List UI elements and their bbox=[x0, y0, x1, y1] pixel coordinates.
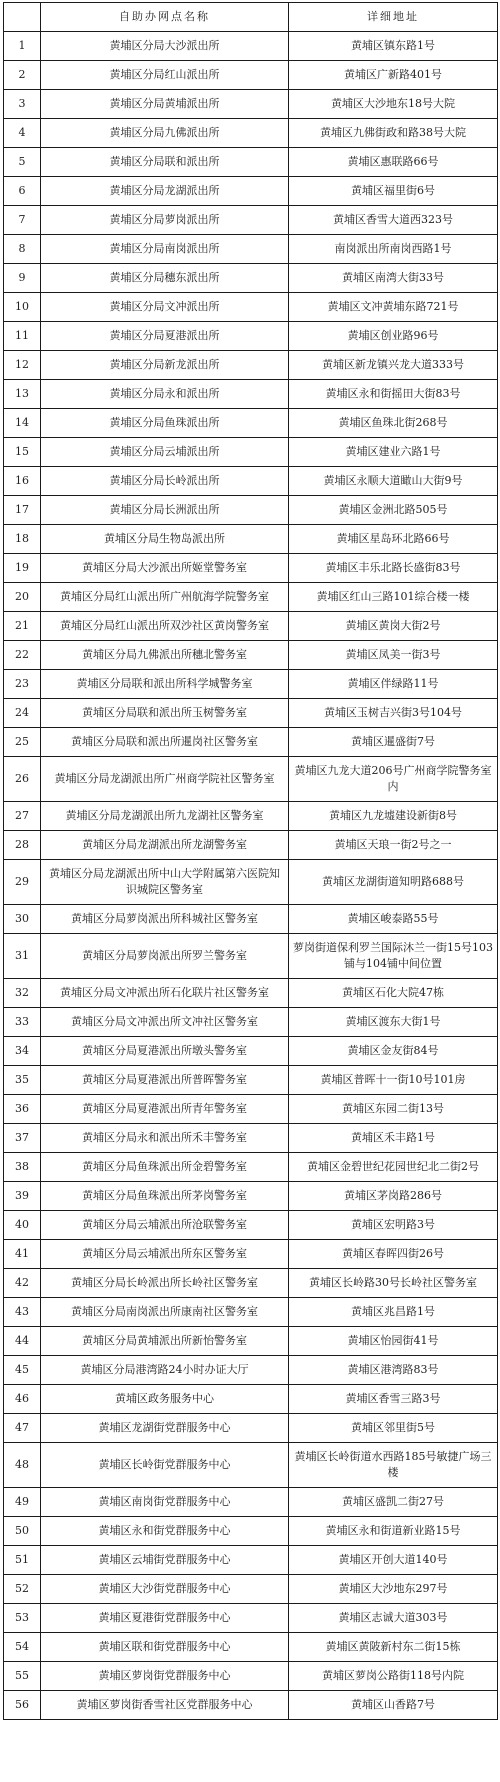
table-row: 48黄埔区长岭街党群服务中心黄埔区长岭街道水西路185号敏捷广场三楼 bbox=[4, 1443, 498, 1488]
row-number-cell: 13 bbox=[4, 380, 41, 409]
table-row: 40黄埔区分局云埔派出所沧联警务室黄埔区宏明路3号 bbox=[4, 1211, 498, 1240]
table-row: 54黄埔区联和街党群服务中心黄埔区黄陂新村东二街15栋 bbox=[4, 1633, 498, 1662]
row-number-cell: 37 bbox=[4, 1124, 41, 1153]
table-row: 9黄埔区分局穗东派出所黄埔区南湾大街33号 bbox=[4, 264, 498, 293]
row-number-cell: 44 bbox=[4, 1327, 41, 1356]
table-row: 46黄埔区政务服务中心黄埔区香雪三路3号 bbox=[4, 1385, 498, 1414]
row-number-cell: 22 bbox=[4, 641, 41, 670]
site-name-cell: 黄埔区萝岗街香雪社区党群服务中心 bbox=[41, 1691, 289, 1720]
row-number-cell: 43 bbox=[4, 1298, 41, 1327]
row-number-cell: 32 bbox=[4, 979, 41, 1008]
row-number-cell: 53 bbox=[4, 1604, 41, 1633]
address-cell: 南岗派出所南岗西路1号 bbox=[289, 235, 498, 264]
row-number-cell: 40 bbox=[4, 1211, 41, 1240]
table-row: 17黄埔区分局长洲派出所黄埔区金洲北路505号 bbox=[4, 496, 498, 525]
row-number-cell: 33 bbox=[4, 1008, 41, 1037]
address-cell: 黄埔区渡东大街1号 bbox=[289, 1008, 498, 1037]
row-number-cell: 1 bbox=[4, 32, 41, 61]
table-row: 16黄埔区分局长岭派出所黄埔区永顺大道瞰山大街9号 bbox=[4, 467, 498, 496]
row-number-cell: 8 bbox=[4, 235, 41, 264]
address-cell: 黄埔区大沙地东18号大院 bbox=[289, 90, 498, 119]
table-row: 22黄埔区分局九佛派出所穗北警务室黄埔区凤美一街3号 bbox=[4, 641, 498, 670]
site-name-cell: 黄埔区分局萝岗派出所罗兰警务室 bbox=[41, 934, 289, 979]
site-name-cell: 黄埔区分局大沙派出所姬堂警务室 bbox=[41, 554, 289, 583]
site-name-cell: 黄埔区分局云埔派出所沧联警务室 bbox=[41, 1211, 289, 1240]
site-name-cell: 黄埔区分局黄埔派出所新怡警务室 bbox=[41, 1327, 289, 1356]
table-row: 19黄埔区分局大沙派出所姬堂警务室黄埔区丰乐北路长盛街83号 bbox=[4, 554, 498, 583]
site-name-cell: 黄埔区分局黄埔派出所 bbox=[41, 90, 289, 119]
address-cell: 黄埔区山香路7号 bbox=[289, 1691, 498, 1720]
table-row: 47黄埔区龙湖街党群服务中心黄埔区邻里街5号 bbox=[4, 1414, 498, 1443]
table-row: 51黄埔区云埔街党群服务中心黄埔区开创大道140号 bbox=[4, 1546, 498, 1575]
table-row: 27黄埔区分局龙湖派出所九龙湖社区警务室黄埔区九龙墟建设新街8号 bbox=[4, 802, 498, 831]
address-cell: 萝岗街道保利罗兰国际沐兰一街15号103铺与104铺中间位置 bbox=[289, 934, 498, 979]
address-cell: 黄埔区永和街摇田大街83号 bbox=[289, 380, 498, 409]
table-row: 36黄埔区分局夏港派出所青年警务室黄埔区东园二街13号 bbox=[4, 1095, 498, 1124]
row-number-cell: 6 bbox=[4, 177, 41, 206]
site-name-cell: 黄埔区分局夏港派出所青年警务室 bbox=[41, 1095, 289, 1124]
site-name-cell: 黄埔区分局云埔派出所东区警务室 bbox=[41, 1240, 289, 1269]
table-row: 50黄埔区永和街党群服务中心黄埔区永和街道新业路15号 bbox=[4, 1517, 498, 1546]
address-cell: 黄埔区香雪大道西323号 bbox=[289, 206, 498, 235]
row-number-cell: 28 bbox=[4, 831, 41, 860]
table-row: 32黄埔区分局文冲派出所石化联片社区警务室黄埔区石化大院47栋 bbox=[4, 979, 498, 1008]
row-number-cell: 26 bbox=[4, 757, 41, 802]
address-cell: 黄埔区凤美一街3号 bbox=[289, 641, 498, 670]
row-number-cell: 25 bbox=[4, 728, 41, 757]
row-number-cell: 35 bbox=[4, 1066, 41, 1095]
address-cell: 黄埔区丰乐北路长盛街83号 bbox=[289, 554, 498, 583]
address-cell: 黄埔区九佛街政和路38号大院 bbox=[289, 119, 498, 148]
row-number-cell: 7 bbox=[4, 206, 41, 235]
site-name-cell: 黄埔区政务服务中心 bbox=[41, 1385, 289, 1414]
table-row: 29黄埔区分局龙湖派出所中山大学附属第六医院知识城院区警务室黄埔区龙湖街道知明路… bbox=[4, 860, 498, 905]
table-row: 4黄埔区分局九佛派出所黄埔区九佛街政和路38号大院 bbox=[4, 119, 498, 148]
address-cell: 黄埔区伴绿路11号 bbox=[289, 670, 498, 699]
address-cell: 黄埔区开创大道140号 bbox=[289, 1546, 498, 1575]
table-row: 45黄埔区分局港湾路24小时办证大厅黄埔区港湾路83号 bbox=[4, 1356, 498, 1385]
table-row: 14黄埔区分局鱼珠派出所黄埔区鱼珠北街268号 bbox=[4, 409, 498, 438]
address-cell: 黄埔区石化大院47栋 bbox=[289, 979, 498, 1008]
site-name-cell: 黄埔区分局新龙派出所 bbox=[41, 351, 289, 380]
row-number-cell: 54 bbox=[4, 1633, 41, 1662]
address-cell: 黄埔区建业六路1号 bbox=[289, 438, 498, 467]
site-name-cell: 黄埔区分局南岗派出所康南社区警务室 bbox=[41, 1298, 289, 1327]
address-cell: 黄埔区萝岗公路街118号内院 bbox=[289, 1662, 498, 1691]
header-address: 详细地址 bbox=[289, 3, 498, 32]
table-row: 15黄埔区分局云埔派出所黄埔区建业六路1号 bbox=[4, 438, 498, 467]
site-name-cell: 黄埔区分局鱼珠派出所金碧警务室 bbox=[41, 1153, 289, 1182]
address-cell: 黄埔区创业路96号 bbox=[289, 322, 498, 351]
row-number-cell: 17 bbox=[4, 496, 41, 525]
row-number-cell: 52 bbox=[4, 1575, 41, 1604]
site-name-cell: 黄埔区分局文冲派出所文冲社区警务室 bbox=[41, 1008, 289, 1037]
address-cell: 黄埔区玉树吉兴街3号104号 bbox=[289, 699, 498, 728]
address-cell: 黄埔区鱼珠北街268号 bbox=[289, 409, 498, 438]
site-name-cell: 黄埔区夏港街党群服务中心 bbox=[41, 1604, 289, 1633]
table-row: 49黄埔区南岗街党群服务中心黄埔区盛凯二街27号 bbox=[4, 1488, 498, 1517]
site-name-cell: 黄埔区分局生物岛派出所 bbox=[41, 525, 289, 554]
site-name-cell: 黄埔区分局龙湖派出所九龙湖社区警务室 bbox=[41, 802, 289, 831]
site-name-cell: 黄埔区分局联和派出所玉树警务室 bbox=[41, 699, 289, 728]
table-row: 5黄埔区分局联和派出所黄埔区惠联路66号 bbox=[4, 148, 498, 177]
address-cell: 黄埔区港湾路83号 bbox=[289, 1356, 498, 1385]
row-number-cell: 36 bbox=[4, 1095, 41, 1124]
table-row: 7黄埔区分局萝岗派出所黄埔区香雪大道西323号 bbox=[4, 206, 498, 235]
address-cell: 黄埔区大沙地东297号 bbox=[289, 1575, 498, 1604]
row-number-cell: 20 bbox=[4, 583, 41, 612]
site-name-cell: 黄埔区分局夏港派出所普晖警务室 bbox=[41, 1066, 289, 1095]
table-row: 3黄埔区分局黄埔派出所黄埔区大沙地东18号大院 bbox=[4, 90, 498, 119]
address-cell: 黄埔区东园二街13号 bbox=[289, 1095, 498, 1124]
table-row: 28黄埔区分局龙湖派出所龙湖警务室黄埔区天琅一街2号之一 bbox=[4, 831, 498, 860]
site-name-cell: 黄埔区分局九佛派出所 bbox=[41, 119, 289, 148]
row-number-cell: 50 bbox=[4, 1517, 41, 1546]
table-row: 24黄埔区分局联和派出所玉树警务室黄埔区玉树吉兴街3号104号 bbox=[4, 699, 498, 728]
table-row: 38黄埔区分局鱼珠派出所金碧警务室黄埔区金碧世纪花园世纪北二街2号 bbox=[4, 1153, 498, 1182]
table-row: 26黄埔区分局龙湖派出所广州商学院社区警务室黄埔区九龙大道206号广州商学院警务… bbox=[4, 757, 498, 802]
site-name-cell: 黄埔区分局红山派出所双沙社区黄岗警务室 bbox=[41, 612, 289, 641]
address-cell: 黄埔区惠联路66号 bbox=[289, 148, 498, 177]
site-name-cell: 黄埔区分局龙湖派出所龙湖警务室 bbox=[41, 831, 289, 860]
address-cell: 黄埔区峻泰路55号 bbox=[289, 905, 498, 934]
table-row: 1黄埔区分局大沙派出所黄埔区镇东路1号 bbox=[4, 32, 498, 61]
table-row: 23黄埔区分局联和派出所科学城警务室黄埔区伴绿路11号 bbox=[4, 670, 498, 699]
address-cell: 黄埔区兆昌路1号 bbox=[289, 1298, 498, 1327]
row-number-cell: 5 bbox=[4, 148, 41, 177]
table-body: 1黄埔区分局大沙派出所黄埔区镇东路1号2黄埔区分局红山派出所黄埔区广新路401号… bbox=[4, 32, 498, 1720]
site-name-cell: 黄埔区分局联和派出所科学城警务室 bbox=[41, 670, 289, 699]
table-row: 35黄埔区分局夏港派出所普晖警务室黄埔区普晖十一街10号101房 bbox=[4, 1066, 498, 1095]
row-number-cell: 12 bbox=[4, 351, 41, 380]
table-row: 2黄埔区分局红山派出所黄埔区广新路401号 bbox=[4, 61, 498, 90]
site-name-cell: 黄埔区分局夏港派出所 bbox=[41, 322, 289, 351]
address-cell: 黄埔区金洲北路505号 bbox=[289, 496, 498, 525]
table-row: 43黄埔区分局南岗派出所康南社区警务室黄埔区兆昌路1号 bbox=[4, 1298, 498, 1327]
row-number-cell: 3 bbox=[4, 90, 41, 119]
address-cell: 黄埔区邻里街5号 bbox=[289, 1414, 498, 1443]
site-name-cell: 黄埔区分局九佛派出所穗北警务室 bbox=[41, 641, 289, 670]
header-index bbox=[4, 3, 41, 32]
site-name-cell: 黄埔区分局文冲派出所 bbox=[41, 293, 289, 322]
site-name-cell: 黄埔区分局龙湖派出所广州商学院社区警务室 bbox=[41, 757, 289, 802]
site-name-cell: 黄埔区分局龙湖派出所 bbox=[41, 177, 289, 206]
row-number-cell: 42 bbox=[4, 1269, 41, 1298]
site-name-cell: 黄埔区分局萝岗派出所科城社区警务室 bbox=[41, 905, 289, 934]
address-cell: 黄埔区禾丰路1号 bbox=[289, 1124, 498, 1153]
site-name-cell: 黄埔区分局永和派出所禾丰警务室 bbox=[41, 1124, 289, 1153]
row-number-cell: 11 bbox=[4, 322, 41, 351]
row-number-cell: 15 bbox=[4, 438, 41, 467]
table-row: 8黄埔区分局南岗派出所南岗派出所南岗西路1号 bbox=[4, 235, 498, 264]
site-name-cell: 黄埔区分局红山派出所 bbox=[41, 61, 289, 90]
table-row: 42黄埔区分局长岭派出所长岭社区警务室黄埔区长岭路30号长岭社区警务室 bbox=[4, 1269, 498, 1298]
address-cell: 黄埔区暹盛街7号 bbox=[289, 728, 498, 757]
table-row: 12黄埔区分局新龙派出所黄埔区新龙镇兴龙大道333号 bbox=[4, 351, 498, 380]
site-name-cell: 黄埔区萝岗街党群服务中心 bbox=[41, 1662, 289, 1691]
address-cell: 黄埔区金友街84号 bbox=[289, 1037, 498, 1066]
site-name-cell: 黄埔区分局夏港派出所墩头警务室 bbox=[41, 1037, 289, 1066]
row-number-cell: 34 bbox=[4, 1037, 41, 1066]
row-number-cell: 30 bbox=[4, 905, 41, 934]
site-name-cell: 黄埔区分局龙湖派出所中山大学附属第六医院知识城院区警务室 bbox=[41, 860, 289, 905]
table-row: 55黄埔区萝岗街党群服务中心黄埔区萝岗公路街118号内院 bbox=[4, 1662, 498, 1691]
address-cell: 黄埔区镇东路1号 bbox=[289, 32, 498, 61]
site-name-cell: 黄埔区分局长岭派出所 bbox=[41, 467, 289, 496]
row-number-cell: 29 bbox=[4, 860, 41, 905]
row-number-cell: 51 bbox=[4, 1546, 41, 1575]
table-row: 18黄埔区分局生物岛派出所黄埔区星岛环北路66号 bbox=[4, 525, 498, 554]
site-name-cell: 黄埔区南岗街党群服务中心 bbox=[41, 1488, 289, 1517]
address-cell: 黄埔区红山三路101综合楼一楼 bbox=[289, 583, 498, 612]
address-cell: 黄埔区宏明路3号 bbox=[289, 1211, 498, 1240]
row-number-cell: 10 bbox=[4, 293, 41, 322]
table-row: 33黄埔区分局文冲派出所文冲社区警务室黄埔区渡东大街1号 bbox=[4, 1008, 498, 1037]
table-row: 34黄埔区分局夏港派出所墩头警务室黄埔区金友街84号 bbox=[4, 1037, 498, 1066]
row-number-cell: 19 bbox=[4, 554, 41, 583]
row-number-cell: 55 bbox=[4, 1662, 41, 1691]
site-name-cell: 黄埔区分局穗东派出所 bbox=[41, 264, 289, 293]
address-cell: 黄埔区长岭街道水西路185号敏捷广场三楼 bbox=[289, 1443, 498, 1488]
header-site-name: 自助办网点名称 bbox=[41, 3, 289, 32]
table-row: 31黄埔区分局萝岗派出所罗兰警务室萝岗街道保利罗兰国际沐兰一街15号103铺与1… bbox=[4, 934, 498, 979]
row-number-cell: 27 bbox=[4, 802, 41, 831]
row-number-cell: 56 bbox=[4, 1691, 41, 1720]
address-cell: 黄埔区龙湖街道知明路688号 bbox=[289, 860, 498, 905]
address-cell: 黄埔区茅岗路286号 bbox=[289, 1182, 498, 1211]
address-cell: 黄埔区九龙大道206号广州商学院警务室内 bbox=[289, 757, 498, 802]
address-cell: 黄埔区永顺大道瞰山大街9号 bbox=[289, 467, 498, 496]
address-cell: 黄埔区福里街6号 bbox=[289, 177, 498, 206]
table-row: 6黄埔区分局龙湖派出所黄埔区福里街6号 bbox=[4, 177, 498, 206]
site-name-cell: 黄埔区大沙街党群服务中心 bbox=[41, 1575, 289, 1604]
header-row: 自助办网点名称 详细地址 bbox=[4, 3, 498, 32]
site-name-cell: 黄埔区永和街党群服务中心 bbox=[41, 1517, 289, 1546]
row-number-cell: 23 bbox=[4, 670, 41, 699]
address-cell: 黄埔区星岛环北路66号 bbox=[289, 525, 498, 554]
site-name-cell: 黄埔区分局鱼珠派出所茅岗警务室 bbox=[41, 1182, 289, 1211]
address-cell: 黄埔区新龙镇兴龙大道333号 bbox=[289, 351, 498, 380]
table-row: 41黄埔区分局云埔派出所东区警务室黄埔区春晖四街26号 bbox=[4, 1240, 498, 1269]
site-name-cell: 黄埔区分局联和派出所 bbox=[41, 148, 289, 177]
address-cell: 黄埔区永和街道新业路15号 bbox=[289, 1517, 498, 1546]
row-number-cell: 9 bbox=[4, 264, 41, 293]
row-number-cell: 21 bbox=[4, 612, 41, 641]
table-row: 25黄埔区分局联和派出所暹岗社区警务室黄埔区暹盛街7号 bbox=[4, 728, 498, 757]
table-row: 37黄埔区分局永和派出所禾丰警务室黄埔区禾丰路1号 bbox=[4, 1124, 498, 1153]
table-row: 30黄埔区分局萝岗派出所科城社区警务室黄埔区峻泰路55号 bbox=[4, 905, 498, 934]
row-number-cell: 45 bbox=[4, 1356, 41, 1385]
table-row: 53黄埔区夏港街党群服务中心黄埔区志诚大道303号 bbox=[4, 1604, 498, 1633]
row-number-cell: 31 bbox=[4, 934, 41, 979]
address-cell: 黄埔区普晖十一街10号101房 bbox=[289, 1066, 498, 1095]
row-number-cell: 47 bbox=[4, 1414, 41, 1443]
site-name-cell: 黄埔区分局鱼珠派出所 bbox=[41, 409, 289, 438]
address-cell: 黄埔区盛凯二街27号 bbox=[289, 1488, 498, 1517]
row-number-cell: 4 bbox=[4, 119, 41, 148]
site-name-cell: 黄埔区云埔街党群服务中心 bbox=[41, 1546, 289, 1575]
row-number-cell: 41 bbox=[4, 1240, 41, 1269]
address-cell: 黄埔区怡园街41号 bbox=[289, 1327, 498, 1356]
address-cell: 黄埔区春晖四街26号 bbox=[289, 1240, 498, 1269]
table-row: 44黄埔区分局黄埔派出所新怡警务室黄埔区怡园街41号 bbox=[4, 1327, 498, 1356]
row-number-cell: 18 bbox=[4, 525, 41, 554]
row-number-cell: 2 bbox=[4, 61, 41, 90]
address-cell: 黄埔区香雪三路3号 bbox=[289, 1385, 498, 1414]
table-row: 10黄埔区分局文冲派出所黄埔区文冲黄埔东路721号 bbox=[4, 293, 498, 322]
row-number-cell: 49 bbox=[4, 1488, 41, 1517]
address-cell: 黄埔区九龙墟建设新街8号 bbox=[289, 802, 498, 831]
site-name-cell: 黄埔区分局云埔派出所 bbox=[41, 438, 289, 467]
site-name-cell: 黄埔区分局永和派出所 bbox=[41, 380, 289, 409]
address-cell: 黄埔区长岭路30号长岭社区警务室 bbox=[289, 1269, 498, 1298]
site-name-cell: 黄埔区龙湖街党群服务中心 bbox=[41, 1414, 289, 1443]
site-name-cell: 黄埔区分局南岗派出所 bbox=[41, 235, 289, 264]
address-cell: 黄埔区天琅一街2号之一 bbox=[289, 831, 498, 860]
site-name-cell: 黄埔区长岭街党群服务中心 bbox=[41, 1443, 289, 1488]
table-row: 11黄埔区分局夏港派出所黄埔区创业路96号 bbox=[4, 322, 498, 351]
table-row: 13黄埔区分局永和派出所黄埔区永和街摇田大街83号 bbox=[4, 380, 498, 409]
table-row: 52黄埔区大沙街党群服务中心黄埔区大沙地东297号 bbox=[4, 1575, 498, 1604]
address-cell: 黄埔区志诚大道303号 bbox=[289, 1604, 498, 1633]
address-cell: 黄埔区金碧世纪花园世纪北二街2号 bbox=[289, 1153, 498, 1182]
site-name-cell: 黄埔区分局萝岗派出所 bbox=[41, 206, 289, 235]
site-name-cell: 黄埔区分局文冲派出所石化联片社区警务室 bbox=[41, 979, 289, 1008]
site-name-cell: 黄埔区联和街党群服务中心 bbox=[41, 1633, 289, 1662]
address-cell: 黄埔区文冲黄埔东路721号 bbox=[289, 293, 498, 322]
row-number-cell: 39 bbox=[4, 1182, 41, 1211]
table-row: 21黄埔区分局红山派出所双沙社区黄岗警务室黄埔区黄岗大街2号 bbox=[4, 612, 498, 641]
site-name-cell: 黄埔区分局长洲派出所 bbox=[41, 496, 289, 525]
service-points-table: 自助办网点名称 详细地址 1黄埔区分局大沙派出所黄埔区镇东路1号2黄埔区分局红山… bbox=[3, 2, 498, 1720]
site-name-cell: 黄埔区分局长岭派出所长岭社区警务室 bbox=[41, 1269, 289, 1298]
row-number-cell: 38 bbox=[4, 1153, 41, 1182]
address-cell: 黄埔区黄岗大街2号 bbox=[289, 612, 498, 641]
table-row: 39黄埔区分局鱼珠派出所茅岗警务室黄埔区茅岗路286号 bbox=[4, 1182, 498, 1211]
service-points-document: 自助办网点名称 详细地址 1黄埔区分局大沙派出所黄埔区镇东路1号2黄埔区分局红山… bbox=[0, 0, 500, 1724]
table-row: 56黄埔区萝岗街香雪社区党群服务中心黄埔区山香路7号 bbox=[4, 1691, 498, 1720]
row-number-cell: 48 bbox=[4, 1443, 41, 1488]
row-number-cell: 16 bbox=[4, 467, 41, 496]
site-name-cell: 黄埔区分局大沙派出所 bbox=[41, 32, 289, 61]
site-name-cell: 黄埔区分局联和派出所暹岗社区警务室 bbox=[41, 728, 289, 757]
site-name-cell: 黄埔区分局港湾路24小时办证大厅 bbox=[41, 1356, 289, 1385]
address-cell: 黄埔区南湾大街33号 bbox=[289, 264, 498, 293]
row-number-cell: 24 bbox=[4, 699, 41, 728]
address-cell: 黄埔区广新路401号 bbox=[289, 61, 498, 90]
row-number-cell: 46 bbox=[4, 1385, 41, 1414]
site-name-cell: 黄埔区分局红山派出所广州航海学院警务室 bbox=[41, 583, 289, 612]
address-cell: 黄埔区黄陂新村东二街15栋 bbox=[289, 1633, 498, 1662]
row-number-cell: 14 bbox=[4, 409, 41, 438]
table-row: 20黄埔区分局红山派出所广州航海学院警务室黄埔区红山三路101综合楼一楼 bbox=[4, 583, 498, 612]
